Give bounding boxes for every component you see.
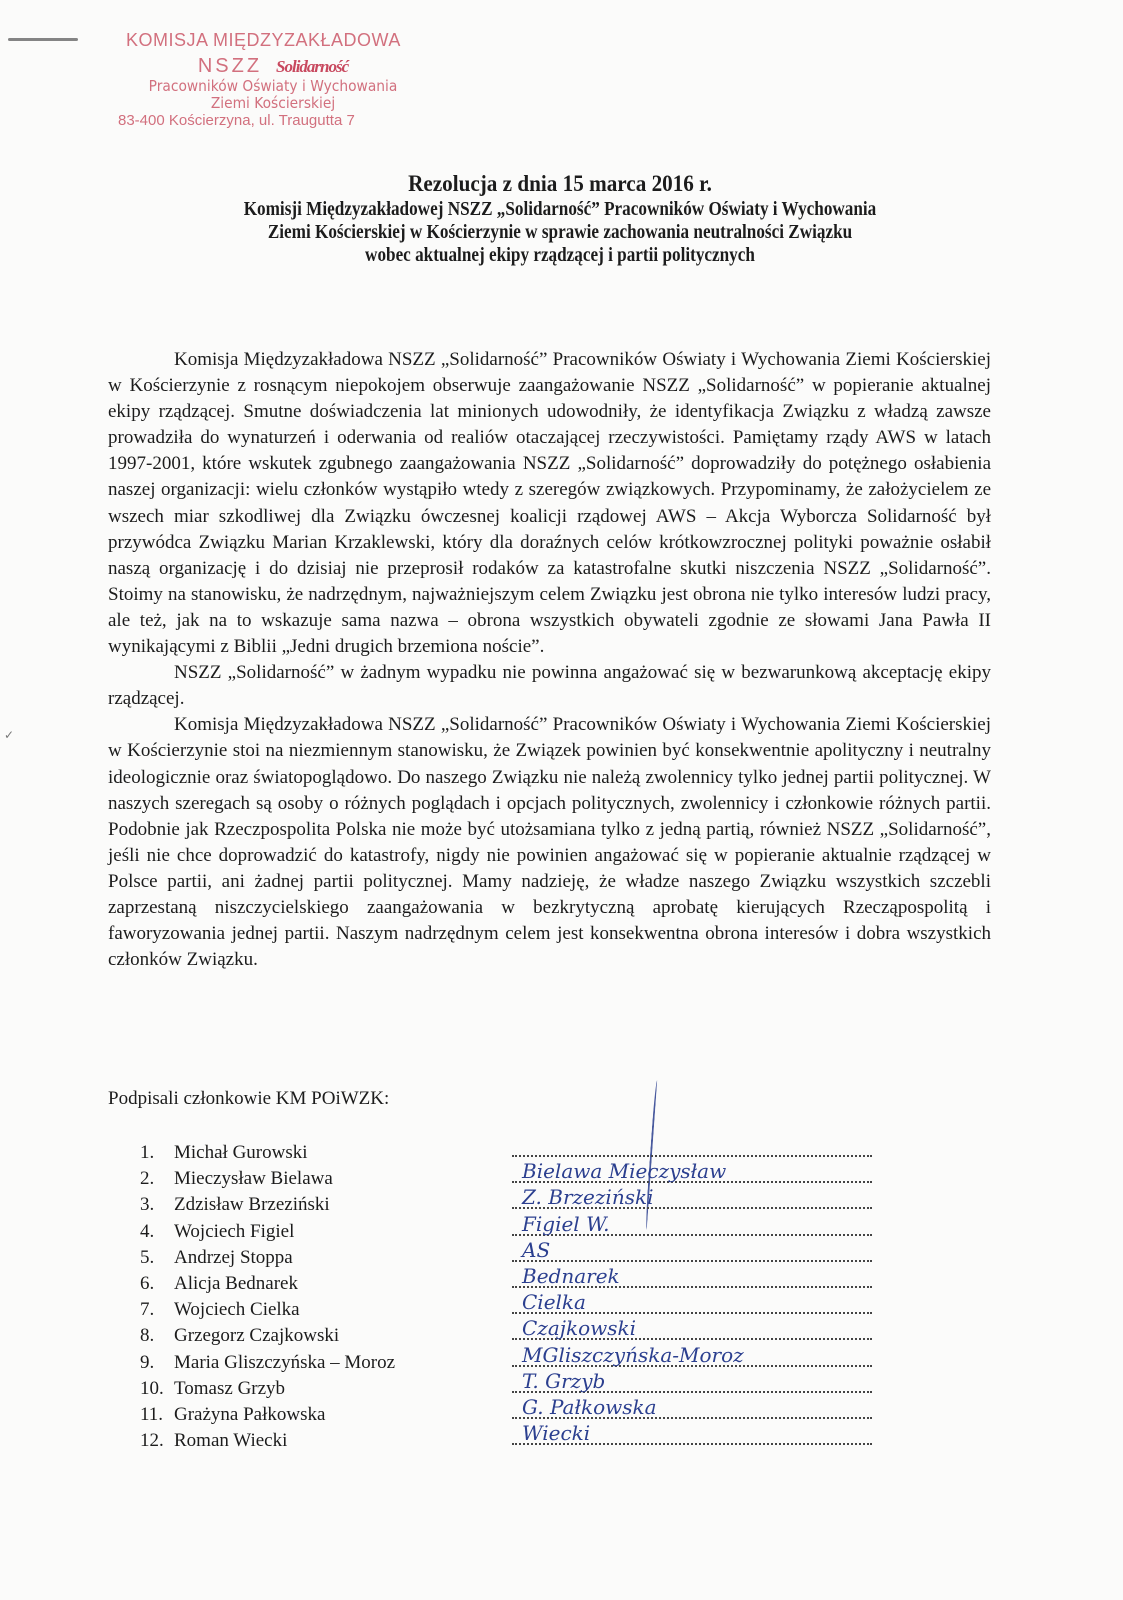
stamp-nszz: NSZZ xyxy=(198,55,262,77)
signature: Bielawa Mieczysław xyxy=(522,1158,726,1184)
signer-name: Grażyna Pałkowska xyxy=(174,1404,325,1425)
stamp-line-4: Ziemi Kościerskiej xyxy=(130,95,415,112)
margin-mark: ✓ xyxy=(4,728,14,743)
signers-heading: Podpisali członkowie KM POiWZK: xyxy=(108,1088,389,1110)
signer-name: Zdzisław Brzeziński xyxy=(174,1194,330,1215)
document-subtitle-line-1: Komisji Międzyzakładowej NSZZ „Solidarno… xyxy=(164,198,956,221)
signature-line xyxy=(512,1155,872,1157)
signature: G. Pałkowska xyxy=(522,1394,657,1420)
signature: Z. Brzeziński xyxy=(522,1184,653,1210)
signature: Czajkowski xyxy=(522,1315,636,1341)
organization-stamp: KOMISJA MIĘDZYZAKŁADOWA NSZZSolidarność … xyxy=(118,30,428,129)
signature-line xyxy=(512,1260,872,1262)
document-subtitle-line-3: wobec aktualnej ekipy rządzącej i partii… xyxy=(164,244,956,267)
signer-name: Maria Gliszczyńska – Moroz xyxy=(174,1352,395,1373)
signer-name: Roman Wiecki xyxy=(174,1430,287,1451)
document-title: Rezolucja z dnia 15 marca 2016 r. xyxy=(146,170,974,198)
signer-name: Tomasz Grzyb xyxy=(174,1378,285,1399)
signature: Bednarek xyxy=(522,1263,620,1289)
document-subtitle-line-2: Ziemi Kościerskiej w Kościerzynie w spra… xyxy=(164,221,956,244)
signer-name: Wojciech Cielka xyxy=(174,1299,300,1320)
stamp-line-1: KOMISJA MIĘDZYZAKŁADOWA xyxy=(118,30,428,51)
solidarnosc-logo-icon: Solidarność xyxy=(276,57,348,76)
signer-name: Michał Gurowski xyxy=(174,1142,308,1163)
scan-mark xyxy=(8,38,78,41)
signature: Figiel W. xyxy=(522,1211,609,1237)
signature: Wiecki xyxy=(522,1420,590,1446)
signature: AS xyxy=(522,1237,550,1263)
stamp-line-3: Pracowników Oświaty i Wychowania xyxy=(130,78,415,95)
resolution-body: Komisja Międzyzakładowa NSZZ „Solidarnoś… xyxy=(108,347,991,973)
body-paragraph-3: Komisja Międzyzakładowa NSZZ „Solidarnoś… xyxy=(108,712,991,973)
signer-name: Alicja Bednarek xyxy=(174,1273,298,1294)
signer-name: Mieczysław Bielawa xyxy=(174,1168,333,1189)
stamp-line-2: NSZZSolidarność xyxy=(118,55,428,78)
signers-list: 1.Michał Gurowski 2.Mieczysław BielawaBi… xyxy=(140,1140,920,1454)
signer-name: Grzegorz Czajkowski xyxy=(174,1325,339,1346)
signature: Cielka xyxy=(522,1289,586,1315)
signer-name: Andrzej Stoppa xyxy=(174,1247,293,1268)
body-paragraph-2: NSZZ „Solidarność” w żadnym wypadku nie … xyxy=(108,660,991,712)
signature: MGliszczyńska-Moroz xyxy=(522,1342,744,1368)
signer-name: Wojciech Figiel xyxy=(174,1221,294,1242)
body-paragraph-1: Komisja Międzyzakładowa NSZZ „Solidarnoś… xyxy=(108,347,991,660)
stamp-address: 83-400 Kościerzyna, ul. Traugutta 7 xyxy=(118,112,428,129)
signer-row: 12.Roman WieckiWiecki xyxy=(140,1428,920,1454)
signature: T. Grzyb xyxy=(522,1368,605,1394)
document-title-block: Rezolucja z dnia 15 marca 2016 r. Komisj… xyxy=(110,170,1010,268)
